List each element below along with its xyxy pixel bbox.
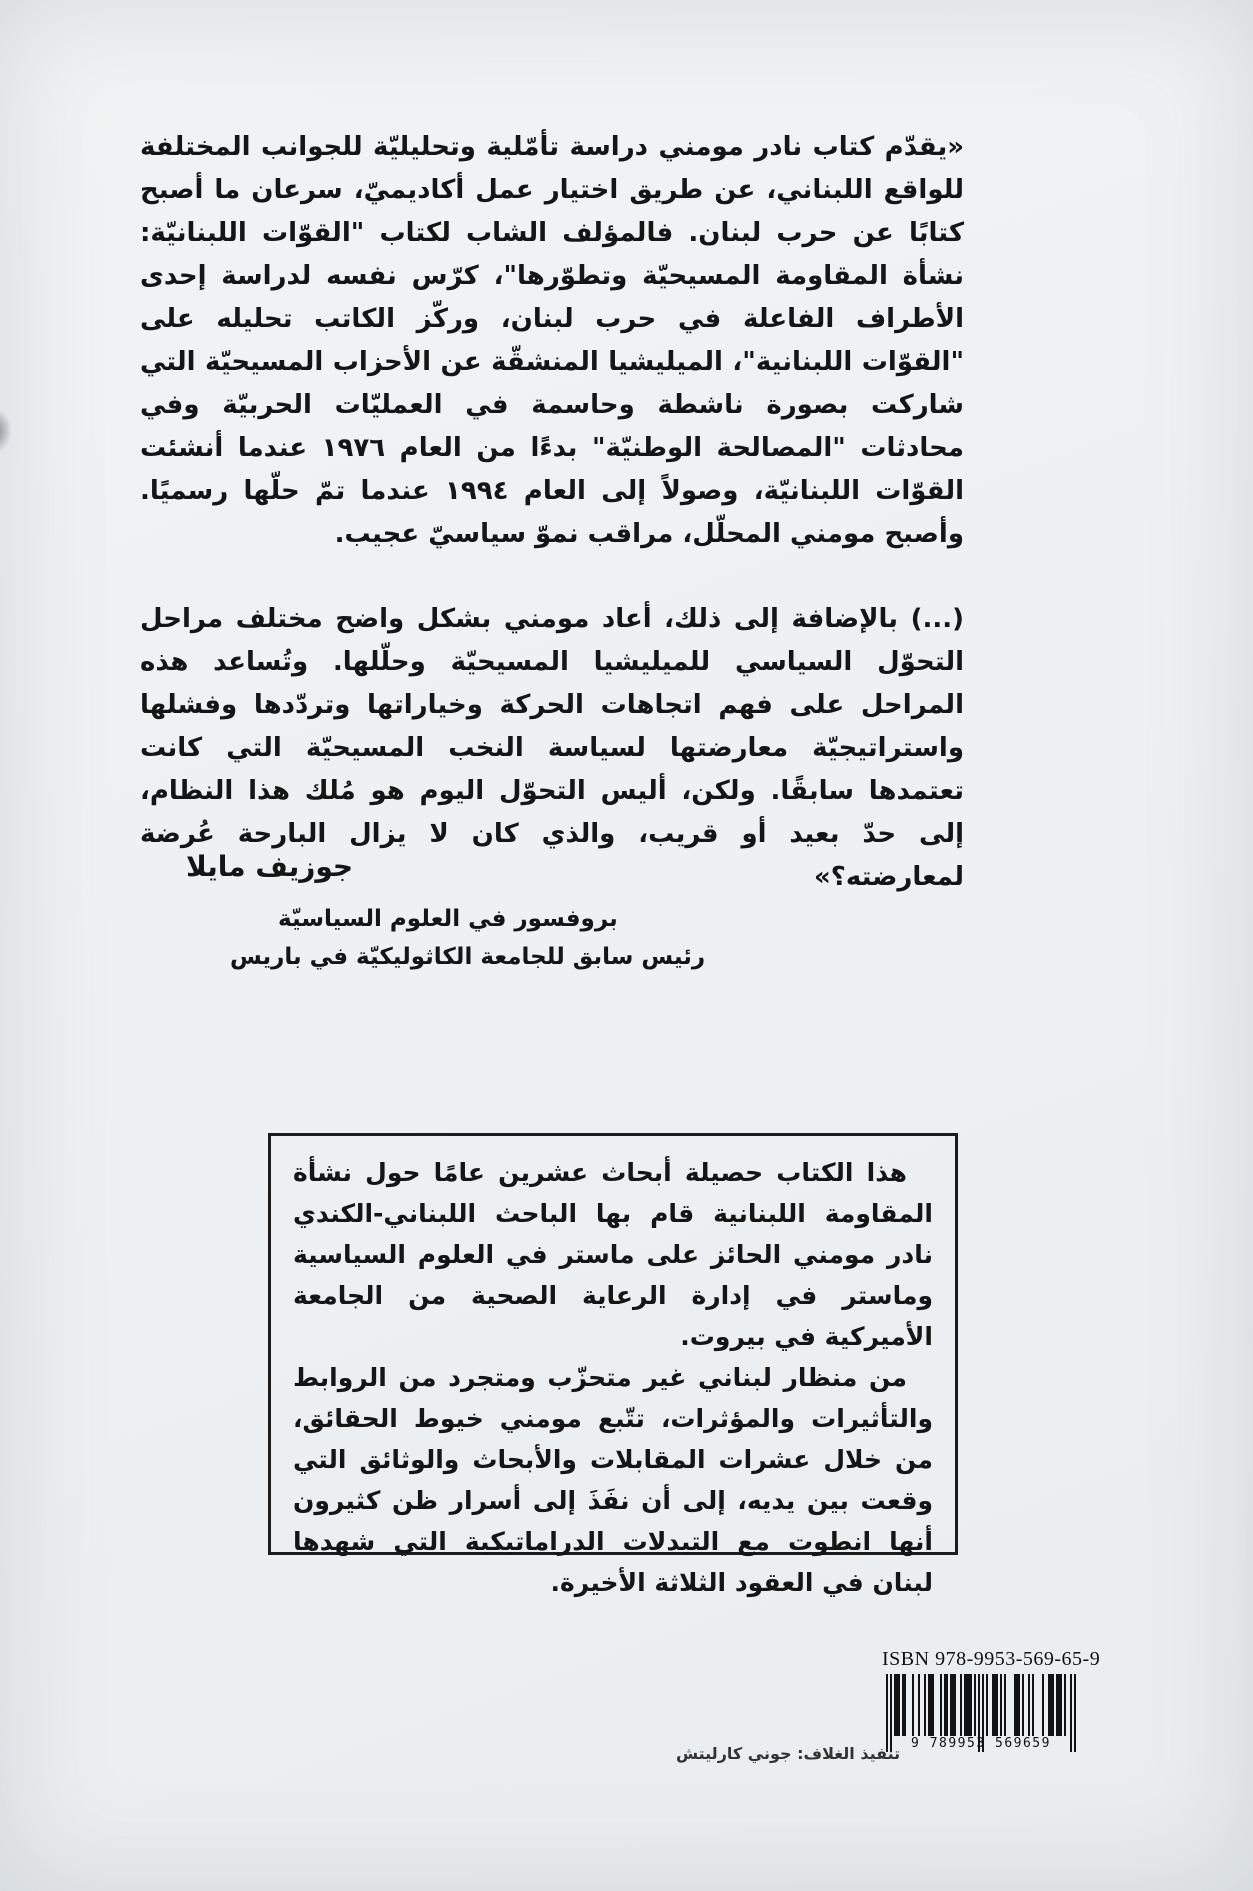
summary-paragraph-2: من منظار لبناني غير متحزّب ومتجرد من الر… — [293, 1357, 933, 1603]
scan-smudge — [0, 408, 12, 454]
summary-paragraph-1: هذا الكتاب حصيلة أبحاث عشرين عامًا حول ن… — [293, 1152, 933, 1357]
isbn-block: ISBN 978-9953-569-65-9 9 789953 569659 — [882, 1648, 1080, 1751]
cover-credit: تنفيذ الغلاف: جوني كارليتش — [676, 1744, 900, 1763]
isbn-number: ISBN 978-9953-569-65-9 — [882, 1648, 1080, 1671]
book-back-cover: «يقدّم كتاب نادر مومني دراسة تأمّلية وتح… — [0, 0, 1253, 1891]
review-quote: «يقدّم كتاب نادر مومني دراسة تأمّلية وتح… — [140, 126, 964, 899]
book-summary-box: هذا الكتاب حصيلة أبحاث عشرين عامًا حول ن… — [268, 1133, 958, 1555]
reviewer-title-1: بروفسور في العلوم السياسيّة — [278, 906, 618, 932]
review-paragraph-1: «يقدّم كتاب نادر مومني دراسة تأمّلية وتح… — [140, 126, 964, 556]
reviewer-name: جوزيف مايلا — [186, 850, 353, 883]
barcode-digits: 9 789953 569659 — [882, 1736, 1080, 1751]
reviewer-title-2: رئيس سابق للجامعة الكاثوليكيّة في باريس — [230, 944, 705, 970]
